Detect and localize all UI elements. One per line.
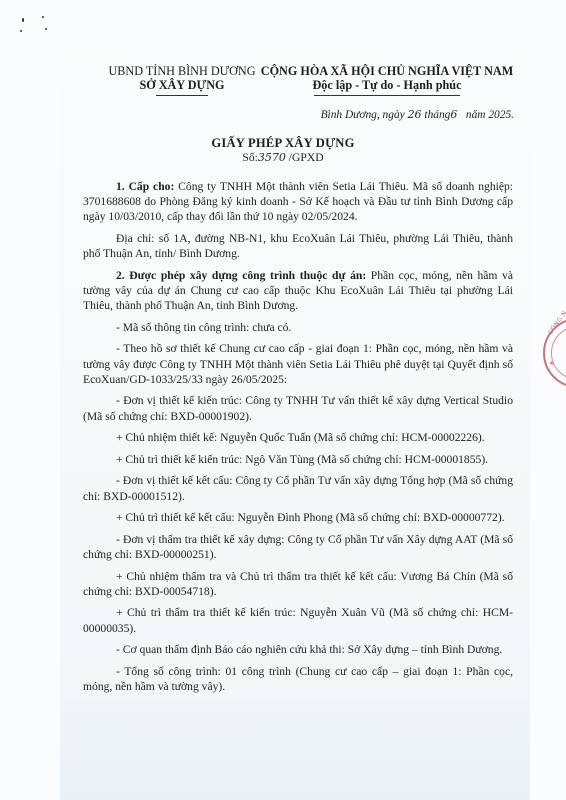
paragraph-text: - Theo hồ sơ thiết kế Chung cư cao cấp -… [83, 342, 513, 385]
nation-line-1: CỘNG HÒA XÃ HỘI CHỦ NGHĨA VIỆT NAM [256, 64, 518, 78]
number-handwritten: 3570 [258, 151, 286, 164]
paragraph-text: - Đơn vị thiết kế kiến trúc: Công ty TNH… [83, 394, 513, 422]
motto-underline [314, 95, 460, 96]
body-paragraph: - Đơn vị thiết kế kiến trúc: Công ty TNH… [83, 393, 513, 423]
body-paragraph: - Đơn vị thẩm tra thiết kế xây dựng: Côn… [83, 532, 513, 562]
paragraph-text: Địa chỉ: số 1A, đường NB-N1, khu EcoXuân… [83, 232, 513, 260]
document-page: UBND TỈNH BÌNH DƯƠNG SỞ XÂY DỰNG CỘNG HÒ… [0, 0, 566, 800]
date-line: Bình Dương, ngày 26 tháng6 năm 2025. [300, 108, 514, 121]
paragraph-text: - Đơn vị thiết kế kết cấu: Công ty Cổ ph… [83, 474, 513, 502]
paragraph-text: - Cơ quan thẩm định Báo cáo nghiên cứu k… [116, 643, 502, 656]
body-paragraph: + Chủ trì thiết kế kiến trúc: Ngô Văn Tù… [83, 452, 513, 467]
body-paragraph: + Chủ trì thẩm tra thiết kế kiến trúc: N… [83, 605, 513, 635]
document-number: Số:3570 /GPXD [0, 151, 566, 164]
date-day-handwritten: 26 [408, 108, 422, 121]
paragraph-text: + Chủ trì thiết kế kết cấu: Nguyễn Đình … [116, 511, 505, 524]
agency-line-2: SỞ XÂY DỰNG [97, 78, 267, 92]
body-paragraph: - Tổng số công trình: 01 công trình (Chu… [83, 664, 513, 694]
red-seal-stamp: CÔNG N ★ [543, 318, 566, 388]
issuing-agency: UBND TỈNH BÌNH DƯƠNG SỞ XÂY DỰNG [97, 64, 267, 96]
scan-specks [18, 14, 58, 36]
paragraph-heading: 2. Được phép xây dựng công trình thuộc d… [116, 269, 366, 282]
document-title: GIẤY PHÉP XÂY DỰNG [0, 136, 566, 151]
paragraph-text: + Chủ trì thẩm tra thiết kế kiến trúc: N… [83, 606, 513, 634]
date-month-label: tháng [422, 109, 451, 121]
paragraph-text: + Chủ trì thiết kế kiến trúc: Ngô Văn Tù… [116, 453, 488, 466]
paragraph-heading: 1. Cấp cho: [116, 180, 174, 193]
number-label: Số: [242, 151, 257, 164]
body-paragraph: Địa chỉ: số 1A, đường NB-N1, khu EcoXuân… [83, 231, 513, 261]
date-prefix: Bình Dương, ngày [321, 109, 408, 121]
body-paragraph: - Đơn vị thiết kế kết cấu: Công ty Cổ ph… [83, 473, 513, 503]
national-motto: CỘNG HÒA XÃ HỘI CHỦ NGHĨA VIỆT NAM Độc l… [256, 64, 518, 96]
paragraph-text: + Chủ nhiệm thiết kế: Nguyễn Quốc Tuấn (… [116, 431, 485, 444]
seal-star-icon: ★ [549, 360, 554, 367]
nation-line-2: Độc lập - Tự do - Hạnh phúc [256, 78, 518, 92]
number-suffix: /GPXD [286, 151, 324, 164]
paragraph-text: - Đơn vị thẩm tra thiết kế xây dựng: Côn… [83, 533, 513, 561]
body-paragraph: 1. Cấp cho: Công ty TNHH Một thành viên … [83, 179, 513, 225]
agency-line-1: UBND TỈNH BÌNH DƯƠNG [97, 64, 267, 78]
body-paragraph: + Chủ nhiệm thiết kế: Nguyễn Quốc Tuấn (… [83, 430, 513, 445]
document-body: 1. Cấp cho: Công ty TNHH Một thành viên … [83, 179, 513, 701]
paragraph-text: - Mã số thông tin công trình: chưa có. [116, 321, 291, 334]
date-year: năm 2025. [457, 109, 514, 121]
body-paragraph: + Chủ trì thiết kế kết cấu: Nguyễn Đình … [83, 510, 513, 525]
paragraph-text: - Tổng số công trình: 01 công trình (Chu… [83, 665, 513, 693]
body-paragraph: - Theo hồ sơ thiết kế Chung cư cao cấp -… [83, 341, 513, 387]
body-paragraph: - Cơ quan thẩm định Báo cáo nghiên cứu k… [83, 642, 513, 657]
paragraph-text: + Chủ nhiệm thẩm tra và Chủ trì thẩm tra… [83, 570, 513, 598]
body-paragraph: 2. Được phép xây dựng công trình thuộc d… [83, 268, 513, 314]
agency-underline [156, 95, 208, 96]
body-paragraph: + Chủ nhiệm thẩm tra và Chủ trì thẩm tra… [83, 569, 513, 599]
body-paragraph: - Mã số thông tin công trình: chưa có. [83, 320, 513, 335]
